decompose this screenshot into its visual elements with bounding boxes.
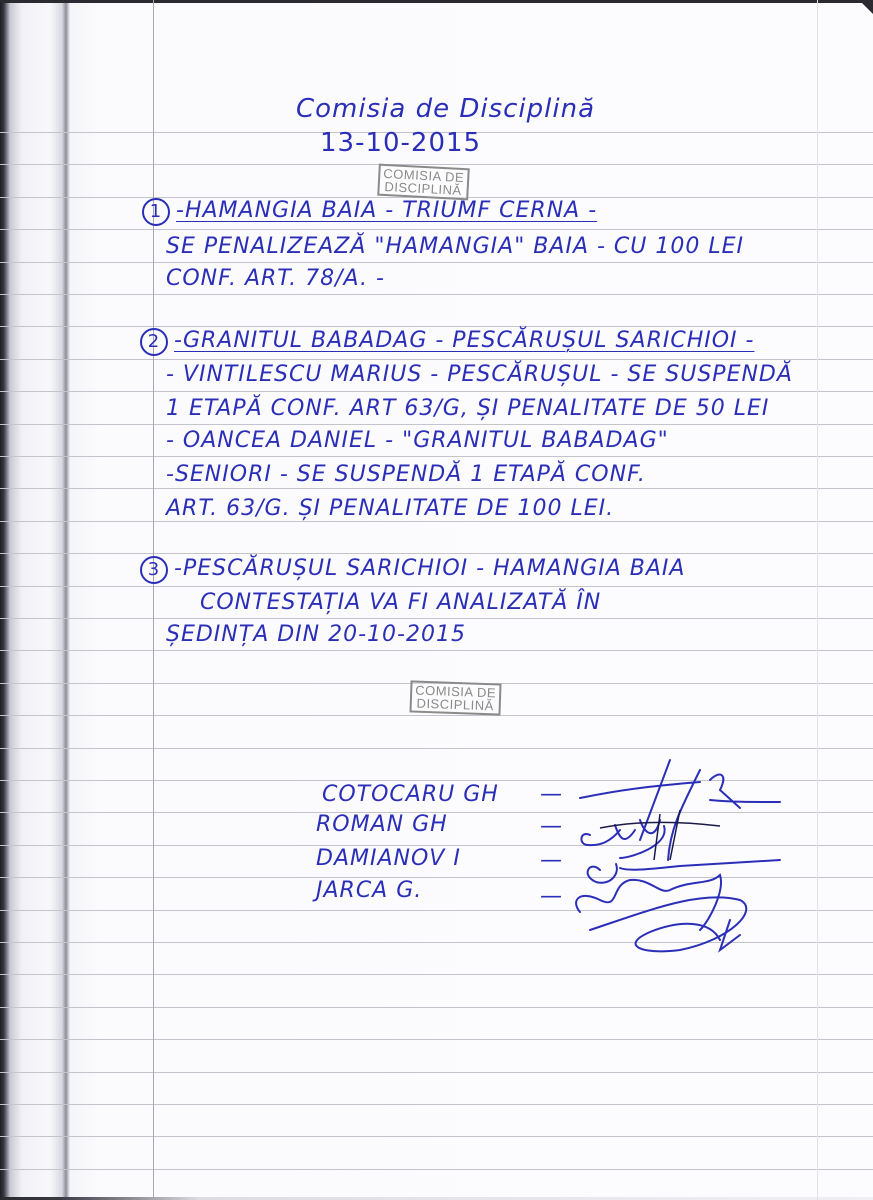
item-2-line-3: - Oancea Daniel - "Granitul Babadag" [166,428,669,453]
item-number-badge: 2 [140,328,168,356]
ruled-line [0,1104,873,1105]
item-3-heading: 3-Pescărușul Sarichioi - Hamangia Baia [140,556,685,584]
document-title: Comisia de Disciplină [296,94,595,124]
ruled-line [0,715,873,716]
notebook-page: Comisia de Disciplină 13-10-2015 COMISIA… [0,0,873,1200]
ruled-line [0,586,873,587]
item-2-line-2: 1 etapă conf. Art 63/g, și penalitate de… [166,396,769,421]
ruled-line [0,1072,873,1073]
item-3-line-2: ședința din 20-10-2015 [166,622,466,647]
ruled-line [0,391,873,392]
item-2-heading: 2-Granitul Babadag - Pescărușul Sarichio… [140,328,754,356]
commission-stamp: COMISIA DE DISCIPLINĂ [377,164,469,201]
ruled-line [0,1169,873,1170]
scan-edge-top [0,0,873,3]
commission-stamp: COMISIA DE DISCIPLINĂ [409,680,501,715]
item-1-line-2: conf. Art. 78/a. - [166,266,385,291]
item-1-heading: 1-Hamangia Baia - Triumf Cerna - [142,198,597,226]
ruled-line [0,326,873,327]
ruled-line [0,553,873,554]
ruled-line [0,1039,873,1040]
margin-line [153,0,154,1200]
item-1-line-1: Se penalizează "Hamangia" Baia - cu 100 … [166,234,744,259]
item-2-line-5: Art. 63/g. și penalitate de 100 lei. [166,496,614,521]
item-number-badge: 3 [140,556,168,584]
signatory-name: Roman Gh [316,812,448,837]
item-heading-text: -Hamangia Baia - Triumf Cerna - [176,198,597,223]
item-heading-text: -Granitul Babadag - Pescărușul Sarichioi… [174,328,754,353]
stamp-line-2: DISCIPLINĂ [382,180,463,197]
item-heading-text: -Pescărușul Sarichioi - Hamangia Baia [174,556,685,581]
signatory-name: Cotocaru Gh [322,782,499,807]
ruled-line [0,424,873,425]
stamp-line-2: DISCIPLINĂ [415,697,496,713]
signatory-name: Jarca G. [316,878,422,903]
ruled-line [0,1007,873,1008]
ruled-line [0,262,873,263]
ruled-line [0,974,873,975]
ruled-line [0,164,873,165]
signatory-name: Damianov I [316,846,461,871]
ruled-line [0,488,873,489]
ruled-line [0,521,873,522]
document-date: 13-10-2015 [320,128,481,158]
ruled-line [0,650,873,651]
scan-corner [859,0,873,14]
item-3-line-1: Contestația va fi analizată în [200,590,601,615]
ruled-line [0,359,873,360]
item-2-line-4: -seniori - se suspendă 1 etapă conf. [166,462,646,487]
signature-scribbles [560,750,800,970]
ruled-line [0,229,873,230]
right-guide-line [817,0,818,1200]
ruled-line [0,1136,873,1137]
ruled-line [0,294,873,295]
ruled-line [0,456,873,457]
item-number-badge: 1 [142,198,170,226]
item-2-line-1: - Vintilescu Marius - Pescărușul - se su… [166,362,793,387]
ruled-line [0,618,873,619]
ruled-line [0,748,873,749]
